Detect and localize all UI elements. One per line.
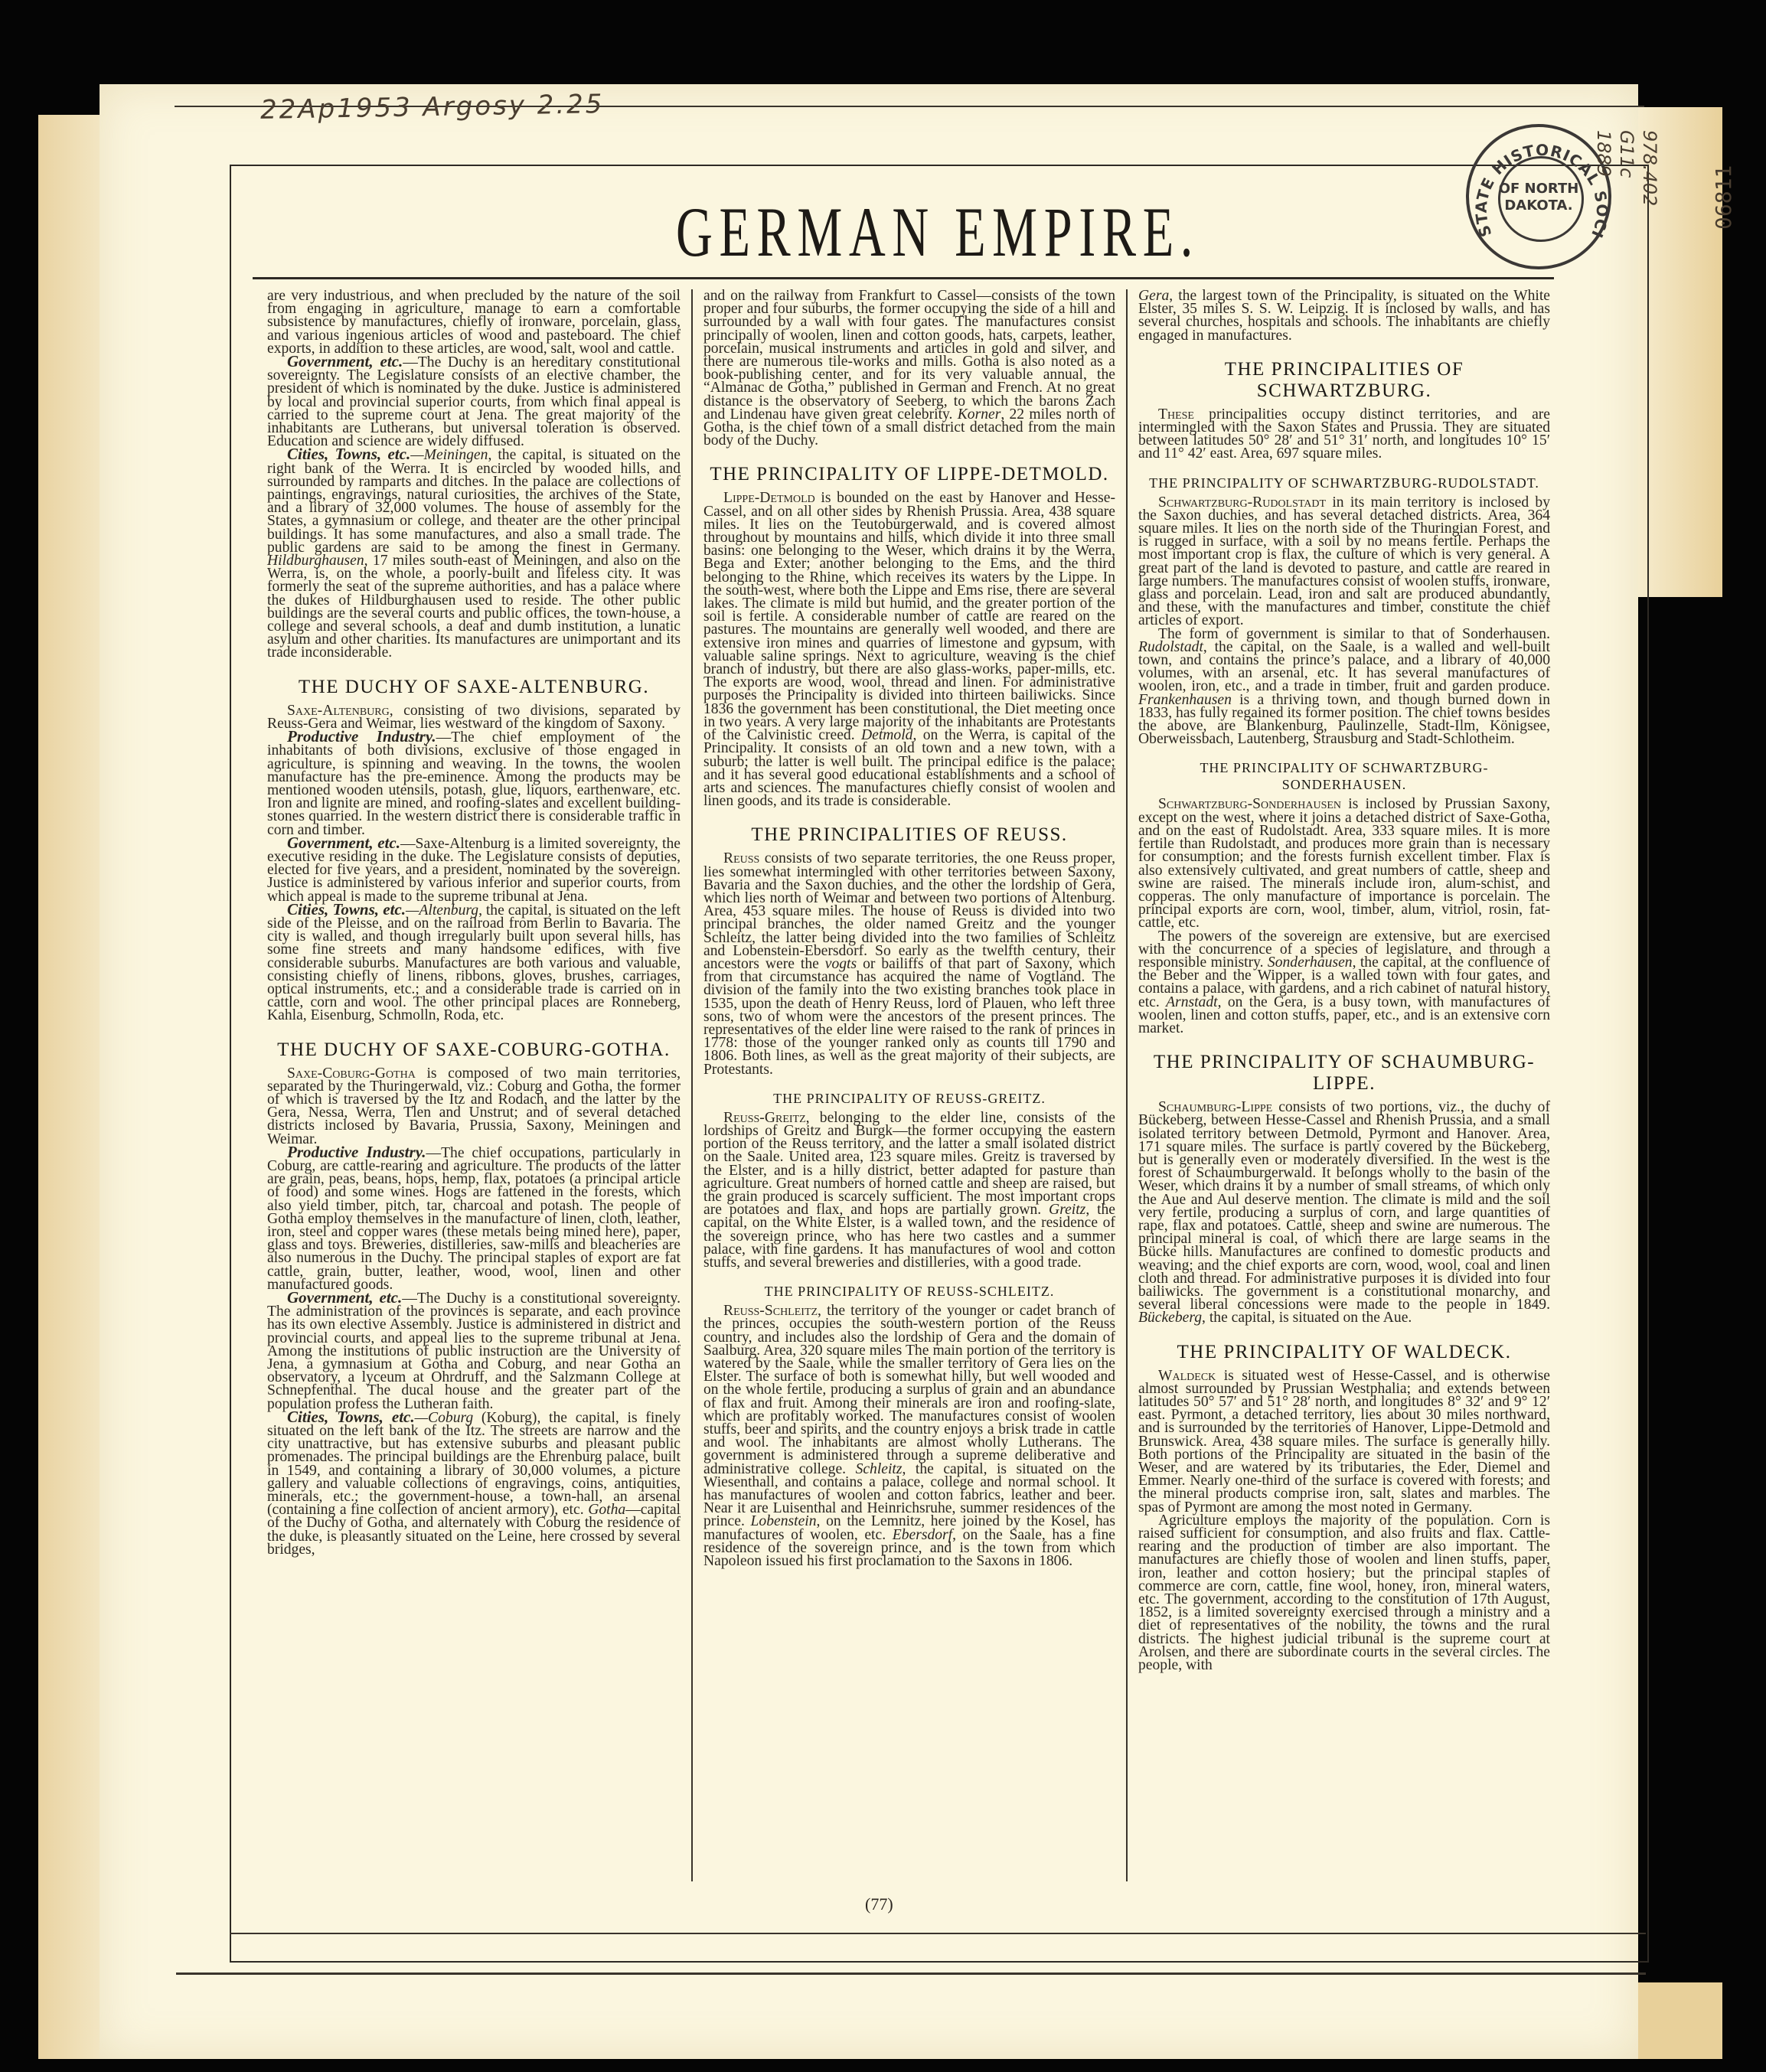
- paragraph: Productive Industry.—The chief employmen…: [267, 730, 681, 837]
- subsection-heading: THE PRINCIPALITY OF REUSS-SCHLEITZ.: [703, 1283, 1115, 1300]
- handwritten-annotation: 22Ap1953 Argosy 2.25: [260, 89, 605, 126]
- section-heading: THE DUCHY OF SAXE-ALTENBURG.: [267, 677, 681, 698]
- section-heading: THE PRINCIPALITY OF SCHAUMBURG-LIPPE.: [1138, 1052, 1550, 1095]
- column-3: Gera, the largest town of the Principali…: [1126, 289, 1561, 1881]
- paragraph: Schwartzburg-Sonderhausen is inclosed by…: [1138, 798, 1550, 929]
- paragraph: Government, etc.—The Duchy is a constitu…: [267, 1291, 681, 1411]
- paragraph: and on the railway from Frankfurt to Cas…: [703, 289, 1115, 447]
- section-heading: THE PRINCIPALITY OF WALDECK.: [1138, 1342, 1550, 1363]
- paper-edge-right-bottom: [1631, 1982, 1722, 2059]
- column-2: and on the railway from Frankfurt to Cas…: [691, 289, 1126, 1881]
- paragraph: Government, etc.—Saxe-Altenburg is a lim…: [267, 837, 681, 903]
- paragraph: Lippe-Detmold is bounded on the east by …: [703, 491, 1115, 808]
- paragraph: The powers of the sovereign are extensiv…: [1138, 930, 1550, 1036]
- paragraph: Cities, Towns, etc.—Altenburg, the capit…: [267, 903, 681, 1023]
- section-heading: THE PRINCIPALITIES OF REUSS.: [703, 824, 1115, 846]
- section-heading: THE DUCHY OF SAXE-COBURG-GOTHA.: [267, 1039, 681, 1061]
- paragraph: Cities, Towns, etc.—Coburg (Koburg), the…: [267, 1411, 681, 1556]
- paragraph: Cities, Towns, etc.—Meiningen, the capit…: [267, 448, 681, 659]
- paragraph: Government, etc.—The Duchy is an heredit…: [267, 355, 681, 448]
- subsection-heading: THE PRINCIPALITY OF SCHWARTZBURG-RUDOLST…: [1138, 475, 1550, 491]
- paragraph: Schwartzburg-Rudolstadt in its main terr…: [1138, 496, 1550, 628]
- section-heading: THE PRINCIPALITY OF LIPPE-DETMOLD.: [703, 464, 1115, 485]
- page-number: (77): [865, 1894, 893, 1914]
- library-stamp: STATE HISTORICAL SOCIETY OF NORTH DAKOTA…: [1466, 124, 1611, 269]
- bottom-rule: [230, 1933, 1646, 1934]
- stamp-center-text: OF NORTH DAKOTA.: [1469, 181, 1608, 214]
- paragraph: Saxe-Coburg-Gotha is composed of two mai…: [267, 1067, 681, 1146]
- outer-bottom-rule: [176, 1972, 1646, 1975]
- call-number: 978.402 G11c 1889: [1592, 130, 1661, 206]
- title-rule: [253, 277, 1554, 279]
- subsection-heading: THE PRINCIPALITY OF REUSS-GREITZ.: [703, 1090, 1115, 1107]
- paragraph: Reuss-Schleitz, the territory of the you…: [703, 1304, 1115, 1568]
- page-title: GERMAN EMPIRE.: [428, 191, 1448, 272]
- paragraph: Schaumburg-Lippe consists of two portion…: [1138, 1101, 1550, 1324]
- section-heading: THE PRINCIPALITIES OF SCHWARTZBURG.: [1138, 359, 1550, 402]
- paragraph: are very industrious, and when precluded…: [267, 289, 681, 355]
- paragraph: Reuss consists of two separate territori…: [703, 852, 1115, 1075]
- paragraph: Productive Industry.—The chief occupatio…: [267, 1146, 681, 1291]
- subsection-heading: THE PRINCIPALITY OF SCHWARTZBURG-SONDERH…: [1138, 759, 1550, 793]
- paragraph: Saxe-Altenburg, consisting of two divisi…: [267, 704, 681, 730]
- paragraph: Gera, the largest town of the Principali…: [1138, 289, 1550, 342]
- paragraph: These principalities occupy distinct ter…: [1138, 408, 1550, 461]
- text-columns: are very industrious, and when precluded…: [256, 289, 1562, 1881]
- column-1: are very industrious, and when precluded…: [256, 289, 691, 1881]
- paragraph: Agriculture employs the majority of the …: [1138, 1514, 1550, 1672]
- accession-number: 06811: [1711, 165, 1736, 230]
- paragraph: Reuss-Greitz, belonging to the elder lin…: [703, 1111, 1115, 1269]
- paragraph: The form of government is similar to tha…: [1138, 628, 1550, 746]
- paragraph: Waldeck is situated west of Hesse-Cassel…: [1138, 1369, 1550, 1514]
